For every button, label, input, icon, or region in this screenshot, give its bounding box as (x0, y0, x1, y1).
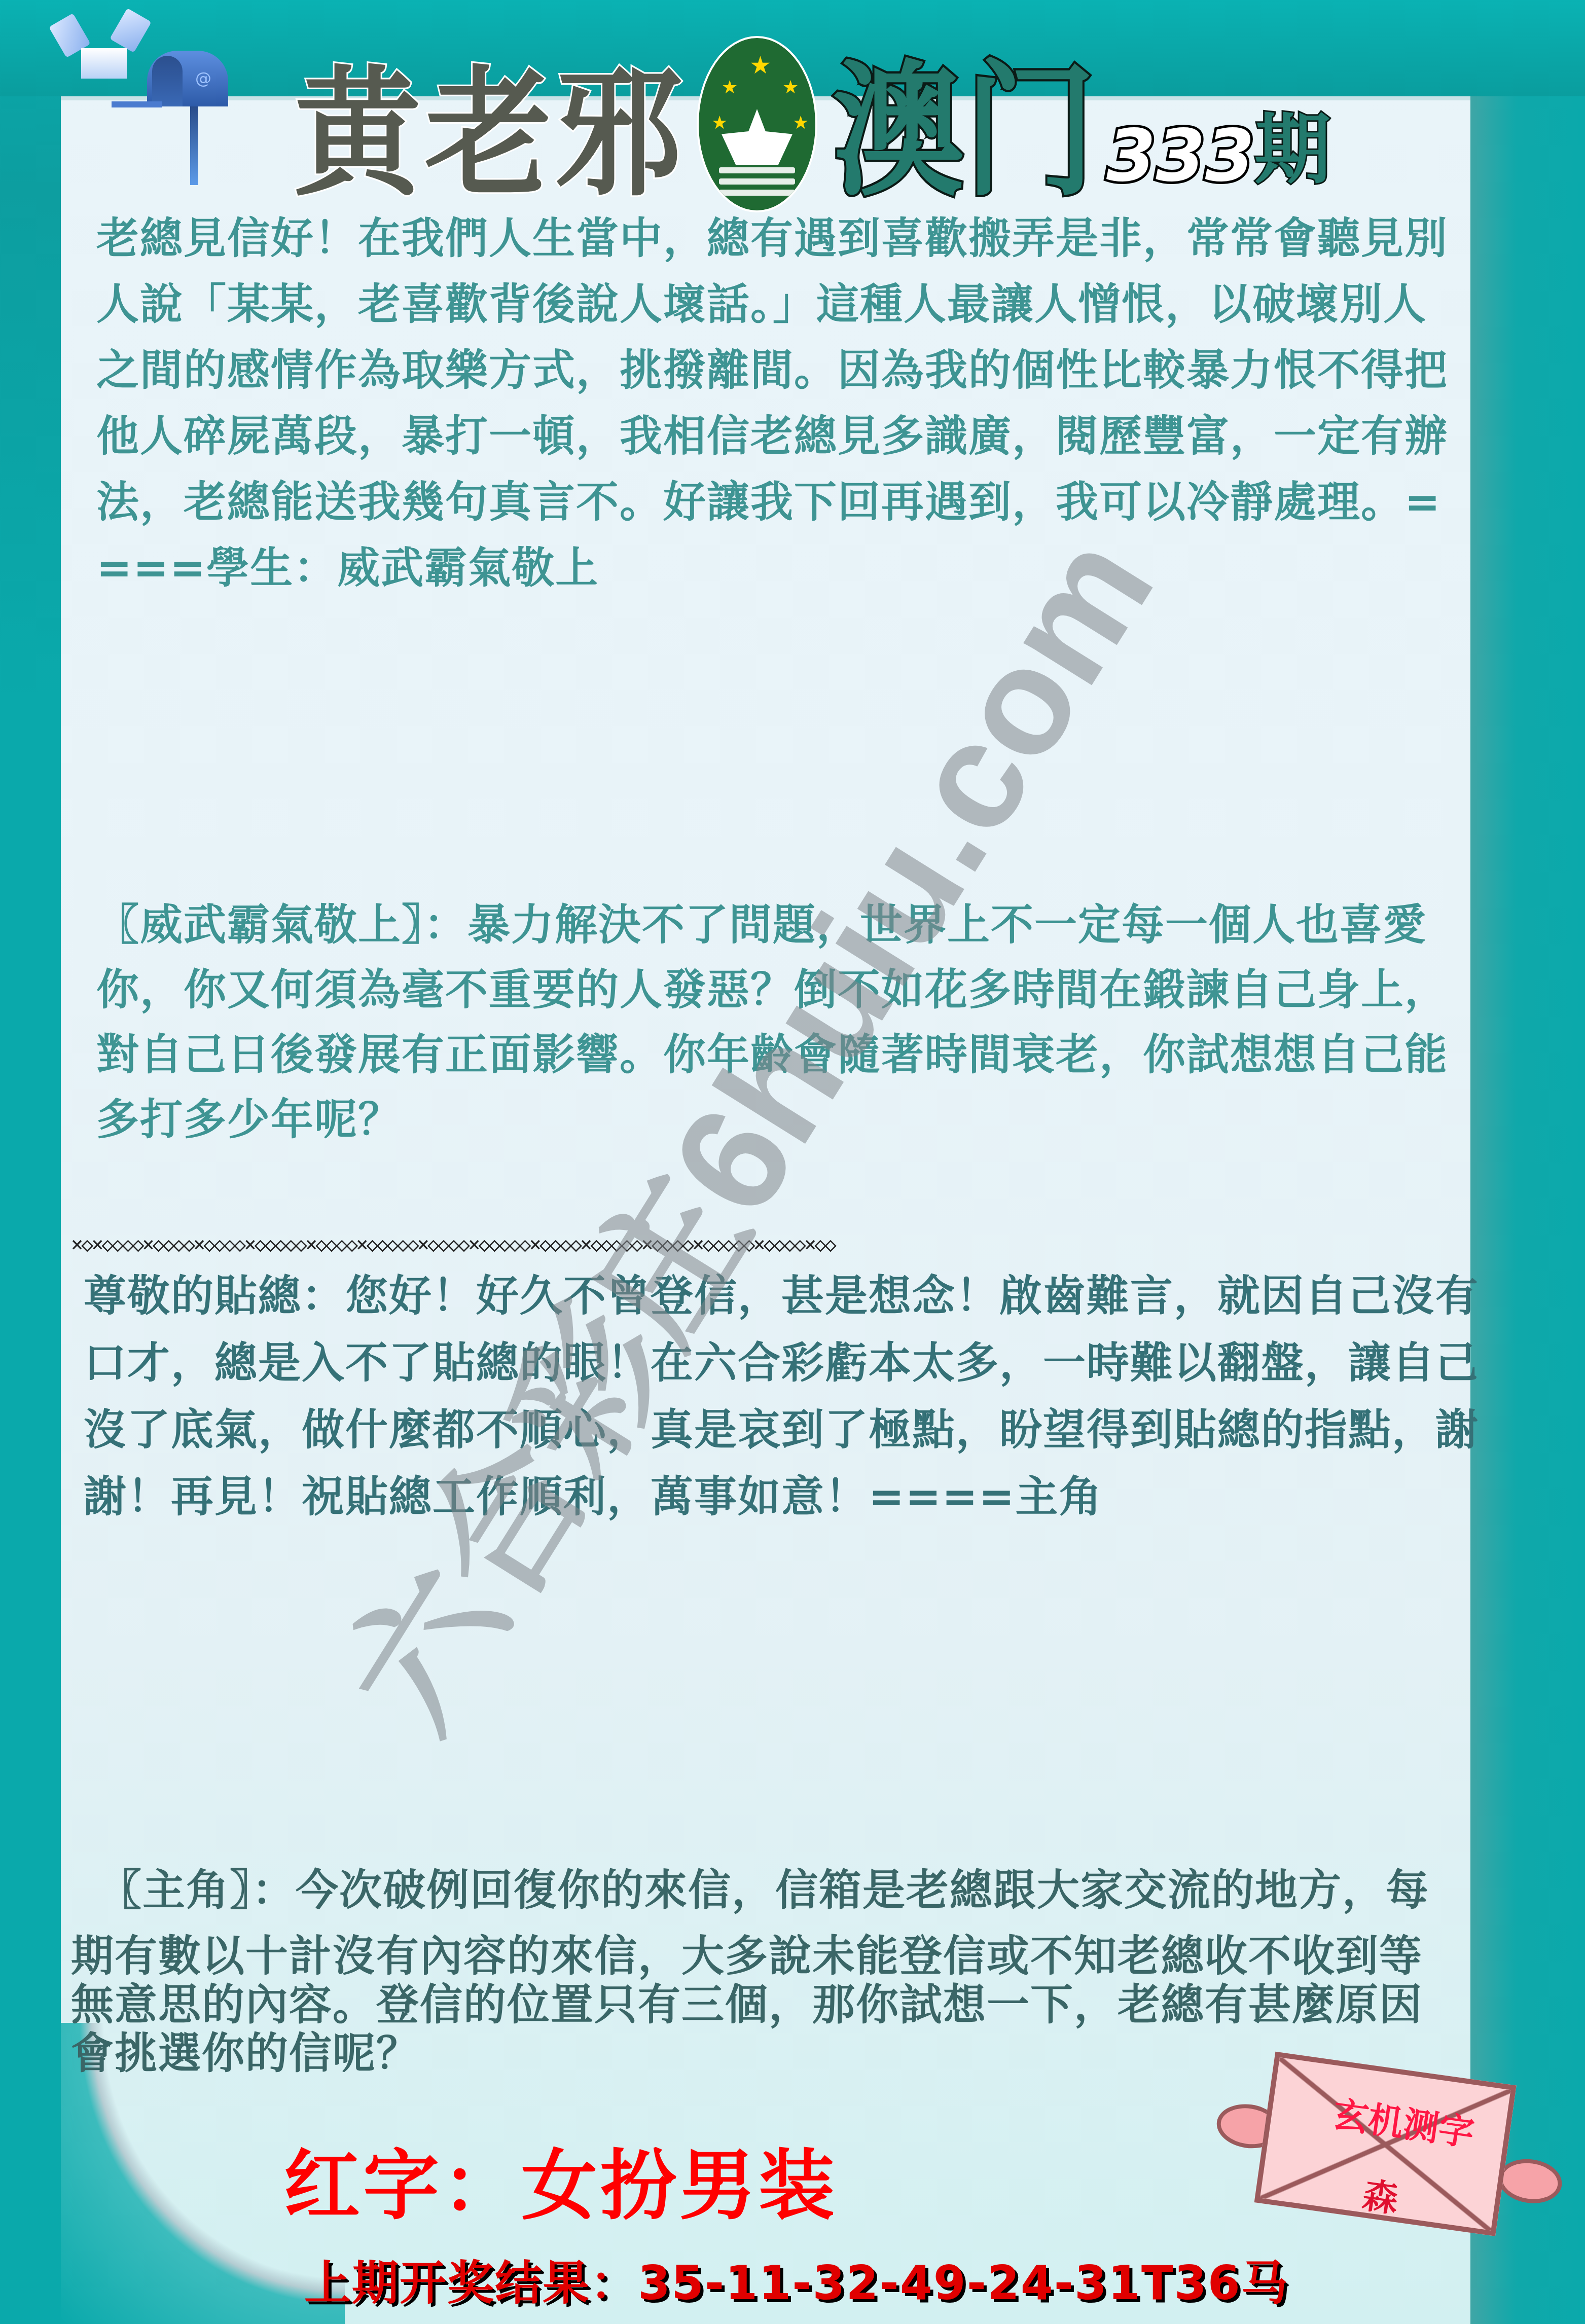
reply-2: 〖主角〗：今次破例回復你的來信，信箱是老總跟大家交流的地方，每 期有數以十計沒有… (71, 1866, 1429, 2078)
mailbox-icon: @ (56, 13, 248, 175)
poster-title: 黄老邪 ★ ★ ★ ★ ★ 澳门 333 期 (294, 30, 1330, 198)
at-sign-icon: @ (195, 68, 211, 88)
letter-1-line: 法，老總能送我幾句真言不。好讓我下回再遇到，我可以冷靜處理。= (96, 469, 1448, 535)
issue-label: 期 (1254, 88, 1330, 198)
last-draw-result: 上期开奖结果：35-11-32-49-24-31T36马 (304, 2246, 1289, 2313)
envelope-word: 森 (1359, 2167, 1401, 2223)
letter-1-line: 之間的感情作為取樂方式，挑撥離間。因為我的個性比較暴力恨不得把 (96, 337, 1448, 403)
letter-2-line: 沒了底氣，做什麼都不順心，真是哀到了極點，盼望得到貼總的指點，謝 (84, 1396, 1479, 1463)
flying-envelope-icon (56, 13, 147, 79)
letter-1-line: 人說「某某，老喜歡背後說人壞話。」這種人最讓人憎恨，以破壞別人 (96, 271, 1448, 337)
issue-number: 333 (1106, 115, 1254, 198)
reply-2-line: 無意思的內容。登信的位置只有三個，那你試想一下，老總有甚麼原因 (71, 1980, 1429, 2029)
letter-2-line: 謝！再見！祝貼總工作順利，萬事如意！====主角 (84, 1463, 1479, 1530)
reply-2-line: 會挑選你的信呢？ (71, 2029, 1429, 2078)
letter-1-line: ===學生：威武霸氣敬上 (96, 535, 1448, 601)
macau-emblem-icon: ★ ★ ★ ★ ★ (697, 36, 817, 212)
envelope-icon: 玄机测字 森 (1252, 2052, 1526, 2253)
letter-1-line: 他人碎屍萬段，暴打一頓，我相信老總見多識廣，閱歷豐富，一定有辦 (96, 403, 1448, 469)
letter-2-line: 尊敬的貼總：您好！好久不曾登信，甚是想念！啟齒難言，就因自己沒有 (84, 1262, 1479, 1329)
letter-1: 老總見信好！在我們人生當中，總有遇到喜歡搬弄是非，常常會聽見別 人說「某某，老喜… (96, 205, 1448, 601)
letter-1-line: 老總見信好！在我們人生當中，總有遇到喜歡搬弄是非，常常會聽見別 (96, 205, 1448, 271)
issue-badge: 333 期 (1106, 88, 1330, 198)
letter-2-line: 口才，總是入不了貼總的眼！在六合彩虧本太多，一時難以翻盤，讓自己 (84, 1329, 1479, 1396)
title-main: 黄老邪 (294, 65, 687, 204)
paper-right-border (1470, 96, 1585, 2324)
section-divider: ×◇×◇◇◇◇×◇◇◇◇×◇◇◇◇×◇◇◇◇◇×◇◇◇◇×◇◇◇◇◇×◇◇◇◇×… (71, 1234, 1531, 1255)
red-word-hint: 红字：女扮男装 (284, 2124, 838, 2234)
reply-2-line: 期有數以十計沒有內容的來信，大多說未能登信或不知老總收不收到等 (71, 1932, 1429, 1980)
title-region: 澳门 (833, 59, 1096, 204)
letter-2: 尊敬的貼總：您好！好久不曾登信，甚是想念！啟齒難言，就因自己沒有 口才，總是入不… (84, 1262, 1479, 1530)
reply-2-line: 〖主角〗：今次破例回復你的來信，信箱是老總跟大家交流的地方，每 (71, 1866, 1429, 1914)
